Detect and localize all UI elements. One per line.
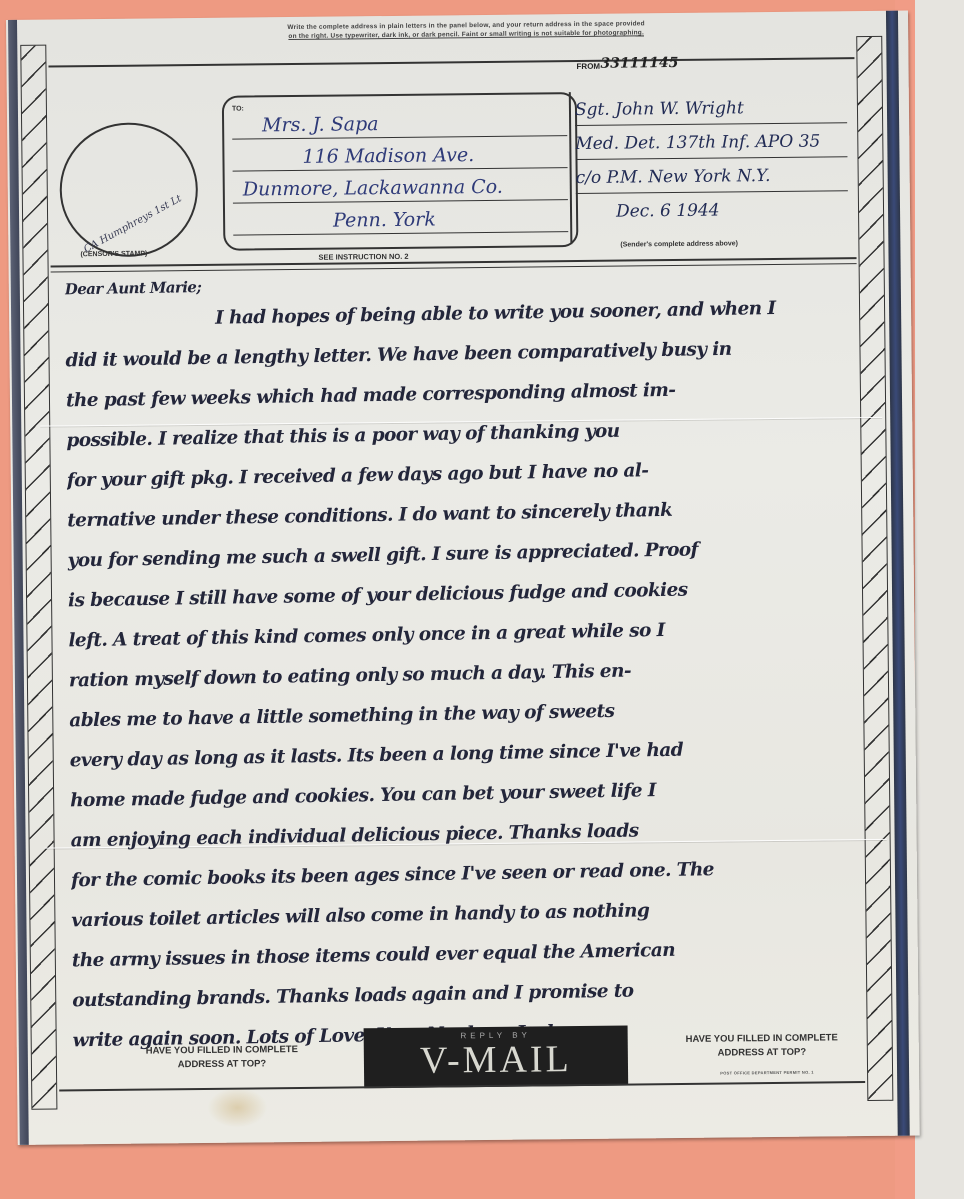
footer-right-line-2: ADDRESS AT TOP? xyxy=(642,1045,882,1062)
vmail-brand: V-MAIL xyxy=(364,1039,628,1082)
recipient-city: Dunmore, Lackawanna Co. xyxy=(233,172,568,204)
sender-address-box: Sgt. John W. Wright Med. Det. 137th Inf.… xyxy=(569,89,853,244)
censor-stamp-label: (CENSOR'S STAMP) xyxy=(80,251,147,259)
censor-stamp-circle xyxy=(59,122,198,257)
serial-number: 33111145 xyxy=(600,55,678,72)
sender-address-note: (Sender's complete address above) xyxy=(620,240,738,248)
wall-background xyxy=(915,0,964,1199)
sender-unit: Med. Det. 137th Inf. APO 35 xyxy=(575,125,847,160)
recipient-name: Mrs. J. Sapa xyxy=(232,108,567,140)
from-label: FROM xyxy=(576,62,600,71)
footer-left-line-2: ADDRESS AT TOP? xyxy=(107,1057,337,1073)
vmail-letter-sheet: Write the complete address in plain lett… xyxy=(6,11,920,1145)
handwritten-letter: Dear Aunt Marie; I had hopes of being ab… xyxy=(65,269,863,1061)
footer-reminder-left: HAVE YOU FILLED IN COMPLETE ADDRESS AT T… xyxy=(107,1043,337,1073)
footer-reminder-right: HAVE YOU FILLED IN COMPLETE ADDRESS AT T… xyxy=(642,1031,882,1062)
recipient-address-box: TO: Mrs. J. Sapa 116 Madison Ave. Dunmor… xyxy=(222,92,579,251)
post-office-permit-note: POST OFFICE DEPARTMENT PERMIT NO. 1 xyxy=(657,1069,877,1076)
letter-date: Dec. 6 1944 xyxy=(576,193,848,228)
form-instructions: Write the complete address in plain lett… xyxy=(146,18,786,43)
recipient-street: 116 Madison Ave. xyxy=(232,140,567,172)
water-stain xyxy=(207,1087,267,1128)
vmail-logo: REPLY BY V-MAIL xyxy=(364,1026,629,1089)
see-instruction-label: SEE INSTRUCTION NO. 2 xyxy=(318,252,408,262)
recipient-state: Penn. York xyxy=(233,204,568,236)
header-divider xyxy=(48,57,854,67)
sender-apo: c/o P.M. New York N.Y. xyxy=(576,159,848,194)
sender-name: Sgt. John W. Wright xyxy=(575,91,847,126)
